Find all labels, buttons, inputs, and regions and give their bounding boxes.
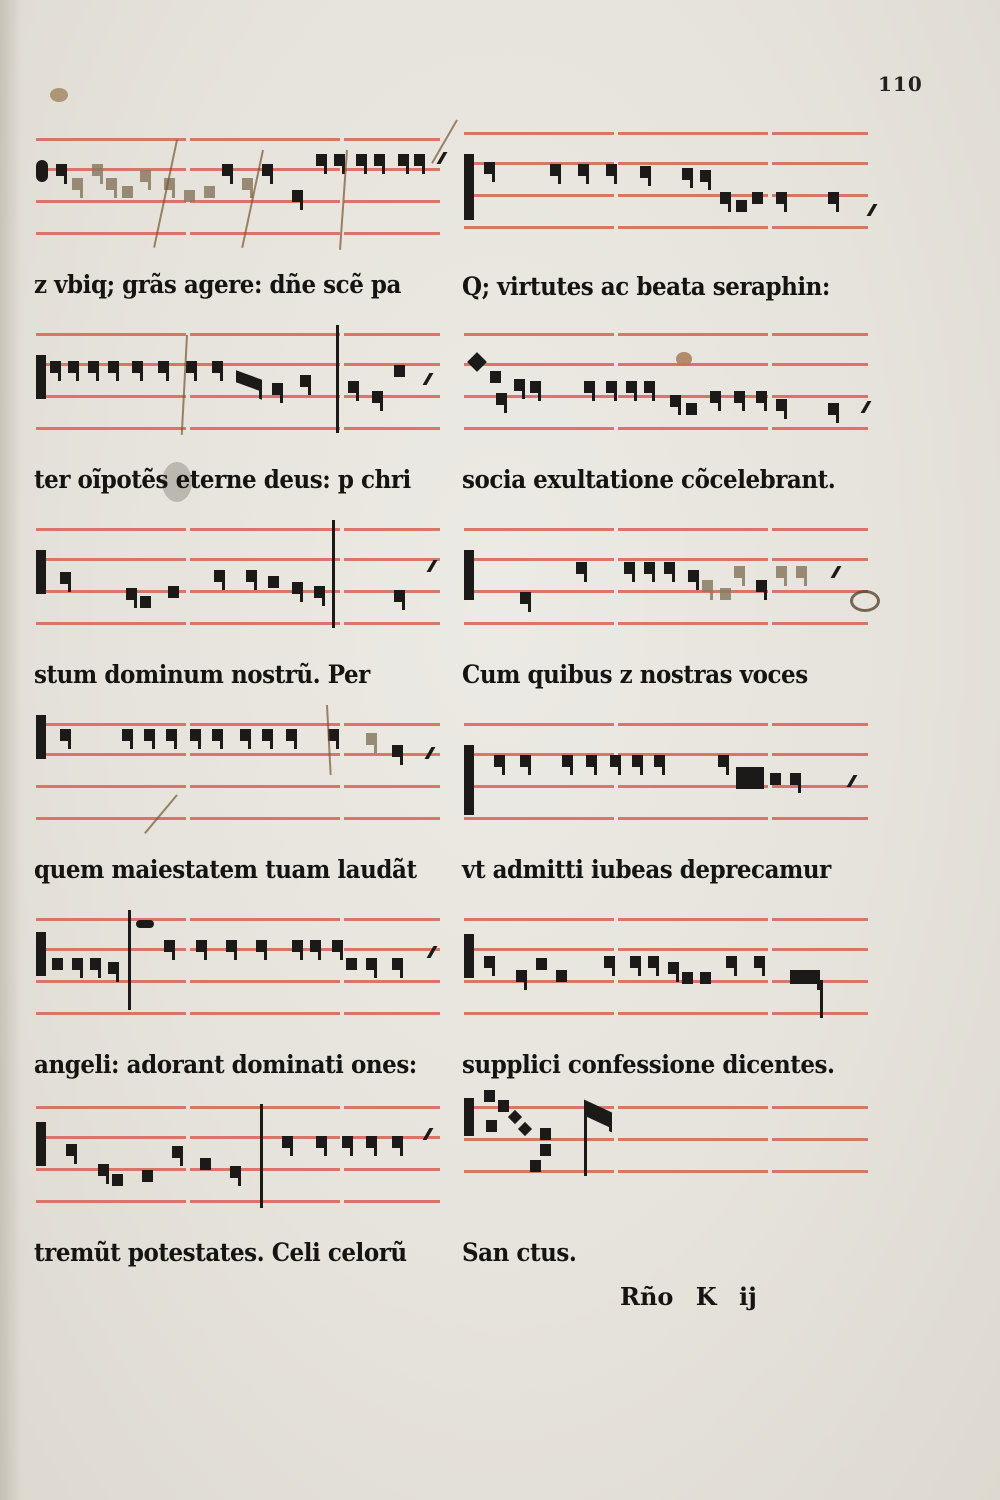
clef-icon bbox=[464, 550, 474, 600]
chant-system: z vbiq; grãs agere: dñe scẽ pa bbox=[30, 130, 450, 325]
clef-icon bbox=[464, 934, 474, 978]
barline bbox=[820, 980, 823, 1018]
chant-system: ter oĩpotẽs eterne deus: p chri bbox=[30, 325, 450, 520]
neumes bbox=[464, 910, 868, 1020]
chant-system: vt admitti iubeas deprecamur bbox=[458, 715, 878, 910]
barline bbox=[260, 1104, 263, 1208]
staff bbox=[464, 124, 868, 234]
neumes bbox=[36, 130, 440, 240]
folio-number: 110 bbox=[878, 72, 923, 96]
clef-icon bbox=[36, 355, 46, 399]
staff bbox=[36, 130, 440, 240]
neumes bbox=[464, 520, 868, 630]
lyric-line: z vbiq; grãs agere: dñe scẽ pa bbox=[34, 270, 420, 299]
staff bbox=[36, 910, 440, 1020]
clef-icon bbox=[36, 160, 48, 182]
neumes bbox=[36, 520, 440, 630]
neumes bbox=[36, 910, 440, 1020]
staff bbox=[36, 715, 440, 825]
staff bbox=[464, 1088, 868, 1198]
staff bbox=[464, 715, 868, 825]
lyric-line: quem maiestatem tuam laudãt bbox=[34, 855, 420, 884]
clef-icon bbox=[464, 1098, 474, 1136]
neumes bbox=[464, 1088, 868, 1198]
chant-system: San ctus. bbox=[458, 1088, 878, 1283]
lyric-line: vt admitti iubeas deprecamur bbox=[462, 855, 848, 884]
clef-icon bbox=[464, 745, 474, 815]
staff bbox=[36, 520, 440, 630]
barline bbox=[128, 910, 131, 1010]
neumes bbox=[464, 124, 868, 234]
lyric-line: Cum quibus z nostras voces bbox=[462, 660, 848, 689]
neumes bbox=[464, 715, 868, 825]
clef-icon bbox=[36, 1122, 46, 1166]
clef-icon bbox=[36, 715, 46, 759]
binding-shadow bbox=[0, 0, 22, 1500]
neumes bbox=[36, 715, 440, 825]
chant-system: Q; virtutes ac beata seraphin: bbox=[458, 124, 878, 319]
lyric-line: socia exultatione cõcelebrant. bbox=[462, 465, 848, 494]
lyric-line: Q; virtutes ac beata seraphin: bbox=[462, 272, 848, 301]
lyric-line: angeli: adorant dominati ones: bbox=[34, 1050, 420, 1079]
chant-system: Cum quibus z nostras voces bbox=[458, 520, 878, 715]
lyric-line: San ctus. bbox=[462, 1238, 848, 1267]
chant-system: socia exultatione cõcelebrant. bbox=[458, 325, 878, 520]
lyric-line: supplici confessione dicentes. bbox=[462, 1050, 848, 1079]
manuscript-page: 110 bbox=[0, 0, 1000, 1500]
chant-system: supplici confessione dicentes. bbox=[458, 910, 878, 1105]
chant-system: quem maiestatem tuam laudãt bbox=[30, 715, 450, 910]
barline bbox=[336, 325, 339, 433]
chant-system: stum dominum nostrũ. Per bbox=[30, 520, 450, 715]
staff bbox=[36, 325, 440, 435]
lyric-line: stum dominum nostrũ. Per bbox=[34, 660, 420, 689]
clef-icon bbox=[36, 550, 46, 594]
chant-system: angeli: adorant dominati ones: bbox=[30, 910, 450, 1105]
neumes bbox=[36, 325, 440, 435]
handwritten-flourish bbox=[850, 590, 880, 612]
ink-stain bbox=[50, 88, 68, 102]
lyric-line: tremũt potestates. Celi celorũ bbox=[34, 1238, 420, 1267]
clef-icon bbox=[464, 154, 474, 220]
staff bbox=[36, 1098, 440, 1208]
staff bbox=[464, 325, 868, 435]
neumes bbox=[36, 1098, 440, 1208]
barline bbox=[332, 520, 335, 628]
clef-icon bbox=[36, 932, 46, 976]
chant-system: tremũt potestates. Celi celorũ bbox=[30, 1098, 450, 1293]
staff bbox=[464, 520, 868, 630]
neumes bbox=[464, 325, 868, 435]
signature-mark: Rño K ij bbox=[620, 1282, 757, 1311]
staff bbox=[464, 910, 868, 1020]
lyric-line: ter oĩpotẽs eterne deus: p chri bbox=[34, 465, 420, 494]
